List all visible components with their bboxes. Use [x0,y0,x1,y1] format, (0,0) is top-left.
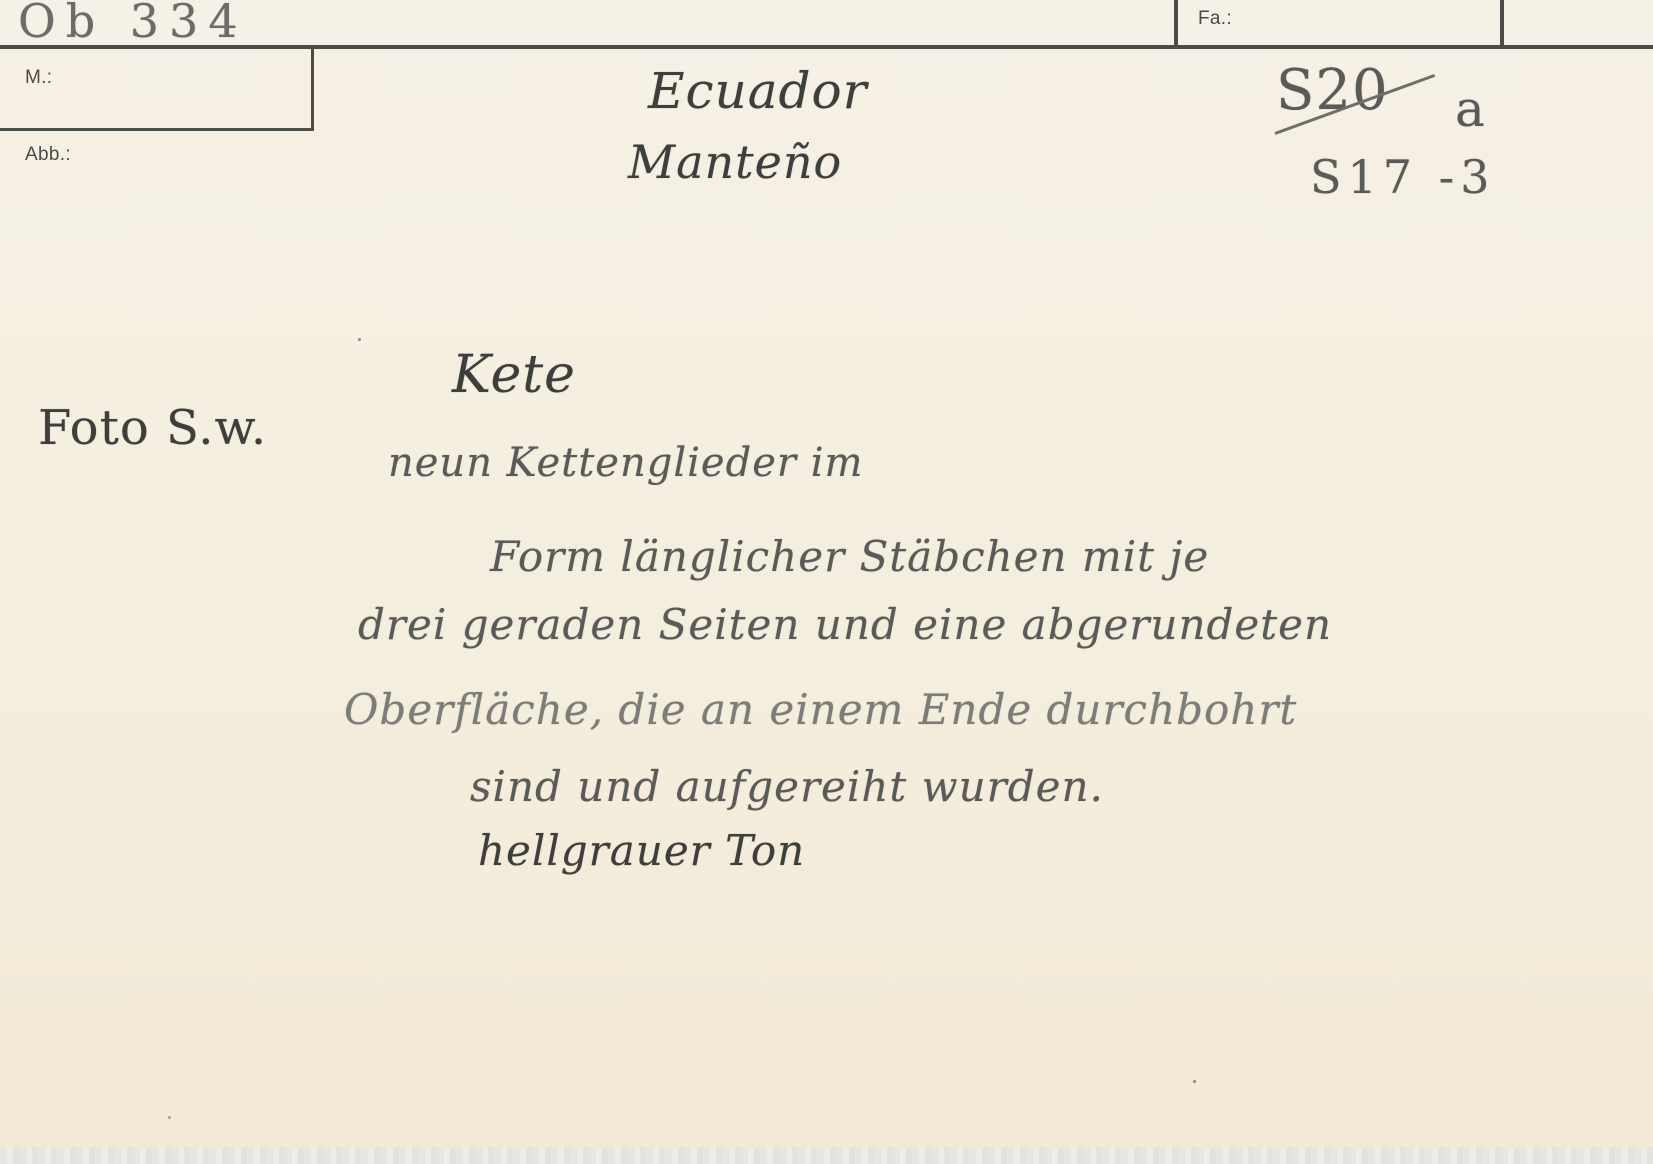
abb-label: Abb.: [25,144,71,166]
description-line-2: Form länglicher Stäbchen mit je [490,532,1209,581]
description-line-4: Oberfläche, die an einem Ende durchbohrt [344,685,1297,734]
description-line-3: drei geraden Seiten und eine abgerundete… [358,600,1332,649]
fa-box-left-border [1174,0,1178,47]
object-title: Kete [452,345,576,405]
catalog-number: Ob 334 [18,0,248,48]
description-line-6: hellgrauer Ton [478,826,805,875]
reference-suffix: a [1455,80,1486,138]
paper-speck [358,338,361,341]
country: Ecuador [648,62,868,120]
reference-current: S17 -3 [1310,150,1495,204]
paper-speck [168,1116,171,1119]
scanner-background [0,1147,1653,1164]
fa-label: Fa.: [1198,8,1232,30]
description-line-1: neun Kettenglieder im [388,440,863,486]
photo-note: Foto S.w. [38,400,267,456]
locality: Manteño [628,135,842,189]
fa-box-right-border [1500,0,1504,47]
m-label: M.: [25,67,52,89]
catalog-card: Ob 334 Fa.: M.: Abb.: Ecuador Manteño S2… [0,0,1653,1147]
paper-speck [1193,1080,1196,1083]
description-line-5: sind und aufgereiht wurden. [470,762,1104,811]
m-field-box [0,49,314,131]
